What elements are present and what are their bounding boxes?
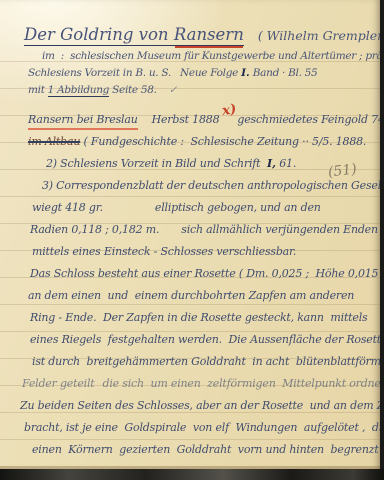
body-line-ref2: 2) Schlesiens Vorzeit in Bild und Schrif… — [12, 153, 376, 175]
body-line-lock1: mittels eines Einsteck - Schlosses versc… — [12, 241, 376, 263]
text-segment: an dem einen und einem durchbohrten Zapf… — [28, 289, 354, 302]
text-segment: geschmiedetes Feingold 748 gr — [237, 113, 380, 126]
red-annotation-mark: x) — [221, 101, 238, 119]
body-line-lock4: Ring - Ende. Der Zapfen in die Rosette g… — [12, 307, 376, 329]
text-segment: ( Fundgeschichte : Schlesische Zeitung ·… — [80, 135, 366, 148]
body-line-spirals1: Zu beiden Seiten des Schlosses, aber an … — [12, 395, 376, 417]
body-line-lock2: Das Schloss besteht aus einer Rosette ( … — [12, 263, 376, 285]
scanned-page: Der Goldring von Ransern( Wilhelm Grempl… — [0, 0, 384, 480]
text-segment: bracht, ist je eine Goldspirale von elf … — [24, 421, 380, 434]
text-segment: mittels eines Einsteck - Schlosses versc… — [32, 245, 296, 258]
body-line-rosette1: ist durch breitgehämmerten Golddraht in … — [12, 351, 376, 373]
body-line-spirals3: einen Körnern gezierten Golddraht vorn u… — [12, 439, 376, 461]
text-segment: I, — [267, 157, 276, 170]
body-line-fundgeschichte: im Altbau ( Fundgeschichte : Schlesische… — [12, 131, 376, 153]
text-segment: ist durch breitgehämmerten Golddraht in … — [32, 355, 380, 368]
text-segment: Ring - Ende. Der Zapfen in die Rosette g… — [30, 311, 367, 324]
text-segment: Das Schloss besteht aus einer Rosette ( … — [30, 267, 380, 280]
text-segment: eines Riegels festgehalten werden. Die A… — [30, 333, 380, 346]
text-segment: wiegt 418 gr. — [32, 201, 103, 214]
text-segment: Der Goldring von — [24, 25, 174, 46]
text-segment: 3) Correspondenzblatt der deutschen anth… — [42, 179, 380, 192]
body-line-lock5: eines Riegels festgehalten werden. Die A… — [12, 329, 376, 351]
body-line-lock3: an dem einen und einem durchbohrten Zapf… — [12, 285, 376, 307]
body-line-spirals2: bracht, ist je eine Goldspirale von elf … — [12, 417, 376, 439]
text-segment: ( Wilhelm Grempler ) — [258, 28, 380, 43]
text-segment: Ransern — [174, 25, 244, 46]
body-line-weight: wiegt 418 gr.elliptisch gebogen, und an … — [12, 197, 376, 219]
text-segment: 2) Schlesiens Vorzeit in Bild und Schrif… — [46, 157, 267, 170]
text-segment: Herbst 1888 — [152, 113, 220, 126]
body-line-ref3: 3) Correspondenzblatt der deutschen anth… — [12, 175, 376, 197]
text-segment: Schlesiens Vorzeit in B. u. S. Neue Folg… — [28, 67, 241, 79]
header-line-reference: Schlesiens Vorzeit in B. u. S. Neue Folg… — [12, 65, 376, 82]
text-segment: ✓ — [169, 84, 178, 96]
manuscript-lines: Der Goldring von Ransern( Wilhelm Grempl… — [12, 22, 376, 461]
manuscript-paper: Der Goldring von Ransern( Wilhelm Grempl… — [0, 0, 380, 469]
text-segment: Ransern bei Breslau — [28, 113, 138, 130]
text-segment: Radien 0,118 ; 0,182 m. — [30, 223, 159, 236]
text-segment: 1 Abbildung — [48, 84, 109, 97]
text-segment: elliptisch gebogen, und an den — [155, 201, 321, 214]
header-line-museum: im : schlesischen Museum für Kunstgewerb… — [12, 48, 376, 65]
body-line-findspot: Ransern bei BreslauHerbst 1888geschmiede… — [12, 109, 376, 131]
text-segment: I. — [241, 67, 250, 79]
text-segment: die sich um einen zeltförmigen Mittelpun… — [103, 377, 380, 390]
scan-background-strip — [0, 469, 384, 480]
text-segment: einen Körnern gezierten Golddraht vorn u… — [32, 443, 380, 456]
text-segment: Band · Bl. 55 — [250, 67, 318, 79]
body-line-radii: Radien 0,118 ; 0,182 m.sich allmählich v… — [12, 219, 376, 241]
text-segment: Felder geteilt — [22, 377, 95, 390]
header-line-figure: mit 1 Abbildung Seite 58.✓ — [12, 82, 376, 99]
text-segment: sich allmählich verjüngenden Enden — [181, 223, 378, 236]
text-segment: mit — [28, 84, 48, 96]
text-segment: Seite 58. — [109, 84, 157, 96]
body-line-rosette2: Felder geteiltdie sich um einen zeltförm… — [12, 373, 376, 395]
title-line: Der Goldring von Ransern( Wilhelm Grempl… — [12, 22, 376, 48]
text-segment: Zu beiden Seiten des Schlosses, aber an … — [20, 399, 380, 412]
text-segment: 61. — [276, 157, 296, 170]
text-segment: im : schlesischen Museum für Kunstgewerb… — [42, 50, 380, 62]
text-segment: im Altbau — [28, 135, 80, 148]
